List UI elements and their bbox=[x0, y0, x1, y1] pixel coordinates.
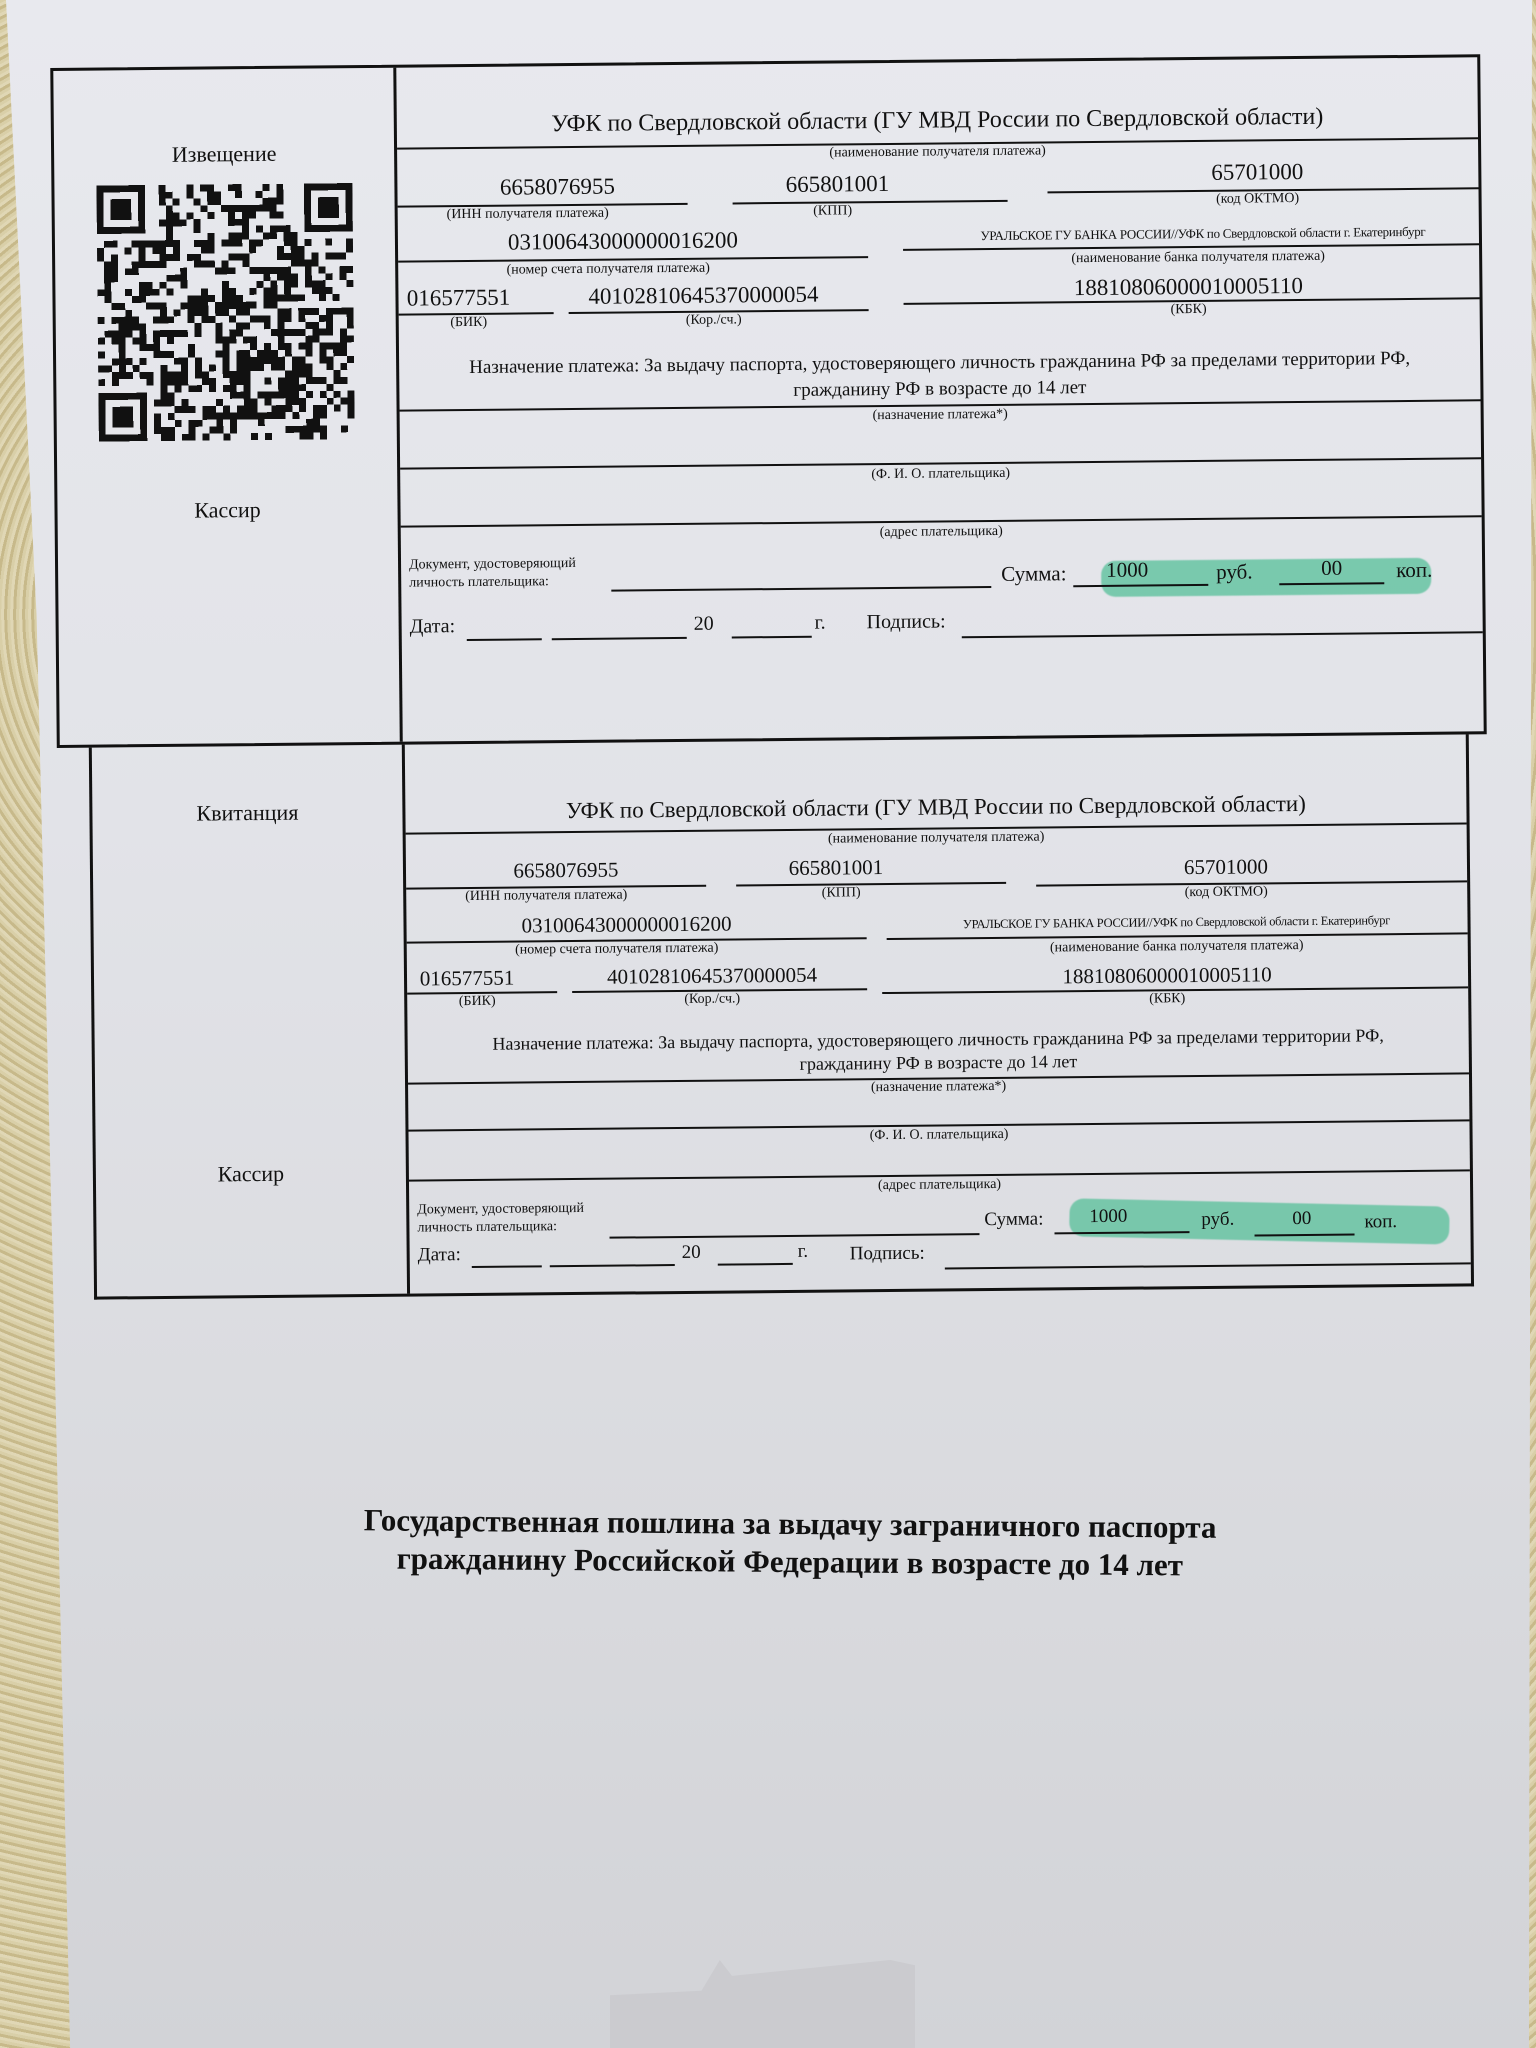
receipt-rub-label: руб. bbox=[1201, 1209, 1234, 1231]
receipt-signature-field[interactable] bbox=[945, 1262, 1471, 1269]
receipt-bank-name-value: УРАЛЬСКОЕ ГУ БАНКА РОССИИ//УФК по Свердл… bbox=[896, 913, 1456, 933]
recipient-name: УФК по Свердловской области (ГУ МВД Росс… bbox=[397, 102, 1478, 139]
id-doc-field[interactable] bbox=[611, 586, 991, 592]
kpp-caption: (КПП) bbox=[768, 203, 898, 220]
date-day-field[interactable] bbox=[467, 638, 542, 641]
bank-caption: (наименование банка получателя платежа) bbox=[998, 248, 1398, 268]
corr-account-value: 40102810645370000054 bbox=[573, 281, 833, 309]
sum-rub-value: 1000 bbox=[1106, 557, 1148, 582]
receipt-sum-label: Сумма: bbox=[984, 1209, 1043, 1232]
notice-left-column: Извещение Кассир bbox=[53, 68, 402, 745]
receipt-account-caption: (номер счета получателя платежа) bbox=[487, 940, 747, 958]
id-doc-label-1: Документ, удостоверяющий bbox=[409, 556, 576, 574]
receipt-kbk-caption: (КБК) bbox=[1117, 991, 1217, 1008]
receipt-year-prefix: 20 bbox=[682, 1242, 701, 1264]
receipt-kpp-caption: (КПП) bbox=[776, 885, 906, 902]
signature-field[interactable] bbox=[962, 631, 1483, 638]
year-prefix: 20 bbox=[694, 613, 714, 636]
notice-title: Извещение bbox=[54, 140, 394, 169]
receipt-bank-caption: (наименование банка получателя платежа) bbox=[977, 937, 1377, 957]
bik-value: 016577551 bbox=[398, 285, 518, 312]
year-suffix: г. bbox=[815, 612, 826, 635]
account-value: 03100643000000016200 bbox=[458, 227, 788, 256]
receipt-account-value: 03100643000000016200 bbox=[466, 911, 786, 939]
receipt-sum-kop-value: 00 bbox=[1292, 1208, 1311, 1230]
sum-label: Сумма: bbox=[1001, 561, 1067, 587]
oktmo-value: 65701000 bbox=[1157, 158, 1357, 186]
notice-cashier-label: Кассир bbox=[57, 496, 397, 525]
receipt-title: Квитанция bbox=[92, 799, 402, 828]
receipt-section: Квитанция Кассир УФК по Свердловской обл… bbox=[89, 734, 1474, 1299]
receipt-id-doc-label-2: личность плательщика: bbox=[417, 1219, 557, 1236]
receipt-left-column: Квитанция Кассир bbox=[92, 745, 410, 1297]
receipt-oktmo-caption: (код ОКТМО) bbox=[1126, 884, 1326, 902]
receipt-recipient-name: УФК по Свердловской области (ГУ МВД Росс… bbox=[405, 789, 1466, 825]
receipt-bik-value: 016577551 bbox=[407, 965, 527, 991]
corr-caption: (Кор./сч.) bbox=[649, 312, 779, 329]
date-year-field[interactable] bbox=[732, 636, 812, 639]
kpp-value: 665801001 bbox=[737, 170, 937, 198]
qr-code-icon bbox=[96, 171, 355, 453]
highlighter-mark bbox=[1101, 558, 1431, 597]
receipt-date-label: Дата: bbox=[418, 1244, 461, 1266]
date-label: Дата: bbox=[410, 615, 456, 638]
receipt-fields: УФК по Свердловской области (ГУ МВД Росс… bbox=[405, 734, 1471, 1293]
notice-fields: УФК по Свердловской области (ГУ МВД Росс… bbox=[396, 57, 1483, 741]
receipt-id-doc-label-1: Документ, удостоверяющий bbox=[417, 1201, 584, 1219]
receipt-inn-value: 6658076955 bbox=[466, 857, 666, 884]
receipt-date-year-field[interactable] bbox=[718, 1263, 793, 1266]
receipt-bik-caption: (БИК) bbox=[437, 994, 517, 1011]
receipt-corr-caption: (Кор./сч.) bbox=[647, 991, 777, 1008]
date-month-field[interactable] bbox=[552, 637, 687, 640]
inn-caption: (ИНН получателя платежа) bbox=[428, 205, 628, 223]
receipt-corr-account-value: 40102810645370000054 bbox=[582, 962, 842, 989]
kop-label: коп. bbox=[1396, 558, 1432, 583]
receipt-cashier-label: Кассир bbox=[96, 1160, 406, 1189]
oktmo-caption: (код ОКТМО) bbox=[1158, 190, 1358, 208]
receipt-inn-caption: (ИНН получателя платежа) bbox=[446, 887, 646, 905]
kbk-value: 18810806000010005110 bbox=[998, 272, 1378, 302]
account-caption: (номер счета получателя платежа) bbox=[478, 260, 738, 278]
notice-section: Извещение Кассир УФК по Свердловской обл… bbox=[50, 54, 1486, 748]
kbk-caption: (КБК) bbox=[1139, 302, 1239, 319]
rub-label: руб. bbox=[1216, 559, 1253, 584]
bank-name-value: УРАЛЬСКОЕ ГУ БАНКА РОССИИ//УФК по Свердл… bbox=[908, 223, 1498, 245]
id-doc-label-2: личность плательщика: bbox=[409, 574, 549, 591]
signature-label: Подпись: bbox=[867, 610, 946, 634]
receipt-sum-rub-value: 1000 bbox=[1089, 1206, 1127, 1228]
payment-form: Извещение Кассир УФК по Свердловской обл… bbox=[50, 26, 1492, 1270]
receipt-kop-label: коп. bbox=[1364, 1211, 1397, 1233]
receipt-id-doc-field[interactable] bbox=[610, 1233, 980, 1239]
receipt-date-day-field[interactable] bbox=[472, 1265, 542, 1268]
receipt-oktmo-value: 65701000 bbox=[1126, 854, 1326, 881]
inn-value: 6658076955 bbox=[457, 173, 657, 201]
receipt-year-suffix: г. bbox=[798, 1241, 809, 1263]
receipt-kpp-value: 665801001 bbox=[736, 855, 936, 882]
document-heading: Государственная пошлина за выдачу загран… bbox=[280, 1501, 1301, 1586]
bik-caption: (БИК) bbox=[429, 315, 509, 332]
receipt-kbk-value: 18810806000010005110 bbox=[977, 961, 1357, 990]
sum-kop-value: 00 bbox=[1321, 556, 1342, 581]
receipt-date-month-field[interactable] bbox=[550, 1264, 675, 1267]
receipt-signature-label: Подпись: bbox=[850, 1243, 925, 1266]
